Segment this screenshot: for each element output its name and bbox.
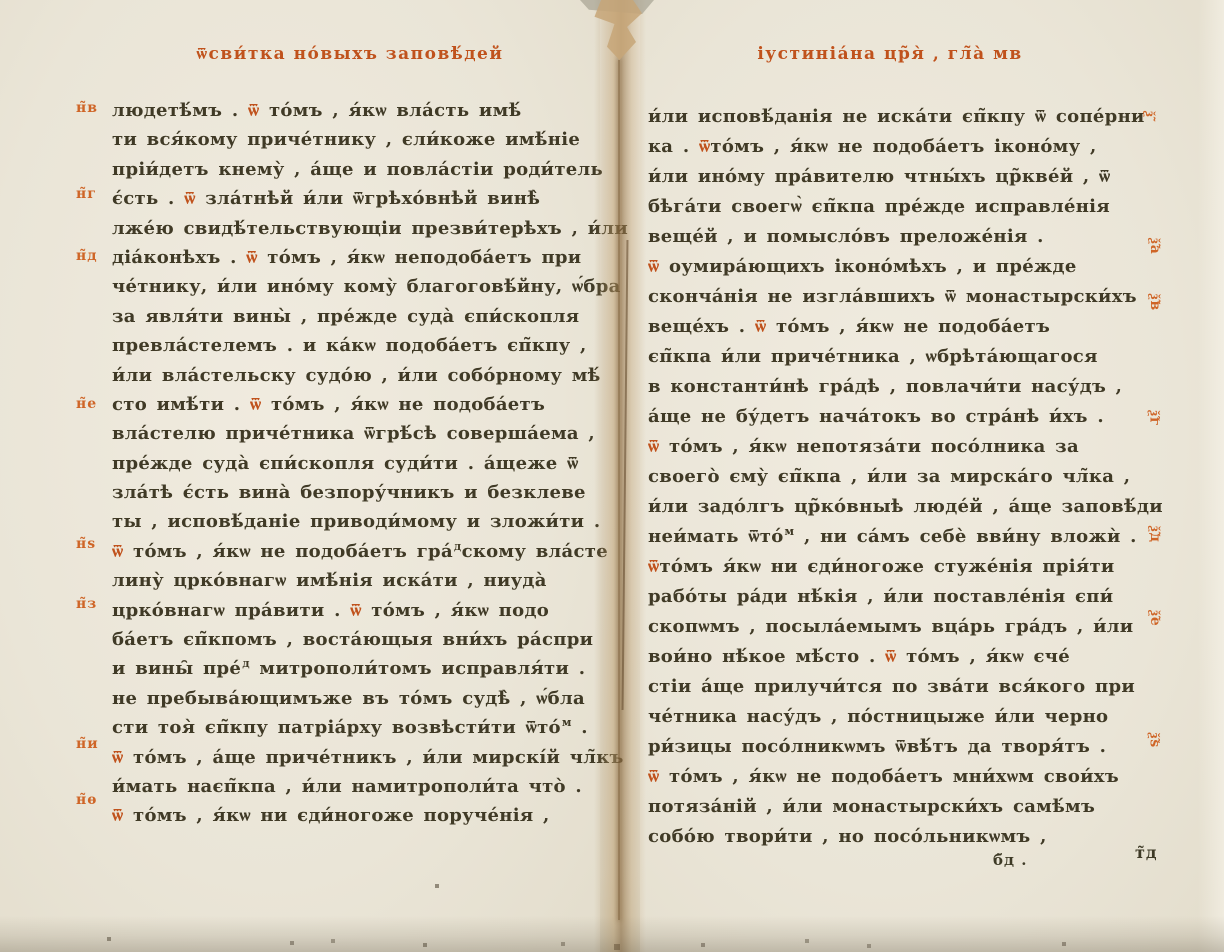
text-segment: то́мъ , я́кѡ не подоба́етъ <box>766 316 1050 337</box>
folio-mark: т̃д <box>1135 843 1158 862</box>
margin-numeral: н̃г <box>76 186 97 202</box>
rubric-segment: ѿ <box>648 436 659 457</box>
margin-numeral: ѯ̃ <box>1141 111 1158 118</box>
text-segment: и́мать наєп̃кпа , и́ли намитрополи́та чт… <box>112 776 582 797</box>
text-line: и́ли исповѣ́данія не иска́ти єп̃кпу ѿ со… <box>648 102 1118 132</box>
rubric-segment: ѿ <box>699 136 710 157</box>
text-segment: а́ще не бу́детъ нача́токъ во стра́нѣ и́х… <box>648 406 1104 427</box>
text-segment: лже́ю свидѣ́тельствующіи презви́терѣхъ ,… <box>112 218 628 239</box>
bottom-edge-shadow <box>0 916 1224 952</box>
margin-numeral: н̃е <box>76 396 97 412</box>
text-segment: зла́тѣ є́сть вина̀ безпору́чникъ и безкл… <box>112 482 586 503</box>
text-segment: діа́конѣхъ . <box>112 247 246 268</box>
margin-numeral: н̃ѳ <box>76 792 97 808</box>
text-line: єп̃кпа и́ли приче́тника , ѡбрѣта́ющагося <box>648 342 1118 372</box>
text-line: превла́стелемъ . и ка́кѡ подоба́етъ єп̃к… <box>112 331 596 360</box>
text-line: а́ще не бу́детъ нача́токъ во стра́нѣ и́х… <box>648 402 1118 432</box>
margin-numeral: ѯ̃д <box>1146 526 1163 543</box>
text-segment: црко́внагѡ пра́вити . <box>112 600 350 621</box>
text-line: не пребыва́ющимъже въ то́мъ судѣ̀ , ѡ́бл… <box>112 684 596 713</box>
text-segment: и́ли задо́лгъ цр̃ко́вныѣ люде́й , а́ще з… <box>648 496 1163 517</box>
binding-gutter <box>594 0 646 952</box>
text-line: людетѣ́мъ . ѿ то́мъ , я́кѡ вла́сть имѣ́ <box>112 96 596 125</box>
text-line: и вины̑ пре́д митрополи́томъ исправля́ти… <box>112 654 596 683</box>
text-segment: сто имѣ́ти . <box>112 394 250 415</box>
margin-numeral: ѯ̃е <box>1146 610 1163 627</box>
text-line: ри́зицы посо́лникѡмъ ѿвѣ́тъ да творя́тъ … <box>648 732 1118 762</box>
margin-numeral: н̃д <box>76 248 98 264</box>
text-segment: превла́стелемъ . и ка́кѡ подоба́етъ єп̃к… <box>112 335 587 356</box>
text-line: в константи́нѣ гра́дѣ , повлачи́ти насу́… <box>648 372 1118 402</box>
margin-numeral: ѯ̃г <box>1146 410 1163 426</box>
text-line: лже́ю свидѣ́тельствующіи презви́терѣхъ ,… <box>112 214 596 243</box>
rubric-segment: ѿ <box>350 600 361 621</box>
text-line: скопѡмъ , посыла́емымъ вца́рь гра́дъ , и… <box>648 612 1118 642</box>
text-segment: че́тника насу́дъ , по́стницыже и́ли черн… <box>648 706 1108 727</box>
text-line: пре́жде суда̀ єпи́скопля суди́ти . а́щеж… <box>112 449 596 478</box>
ink-specks <box>0 938 2 940</box>
text-segment: ба́етъ єп̃кпомъ , воста́ющыя вни́хъ ра́с… <box>112 629 593 650</box>
rubric-segment: ѿ <box>246 247 257 268</box>
text-line: и́мать наєп̃кпа , и́ли намитрополи́та чт… <box>112 772 596 801</box>
text-line: за явля́ти вины̀ , пре́жде суда̀ єпи́ско… <box>112 302 596 331</box>
text-segment: то́мъ , я́кѡ вла́сть имѣ́ <box>259 100 521 121</box>
text-segment: веще́й , и помысло́въ преложе́нія . <box>648 226 1044 247</box>
text-line: неи́мать ѿто́м , ни са́мъ себѐ вви́ну вл… <box>648 522 1118 552</box>
text-line: своего̀ єму̀ єп̃кпа , и́ли за мирска́го … <box>648 462 1118 492</box>
text-line: че́тнику, и́ли ино́му кому̀ благоговѣ́йн… <box>112 272 596 301</box>
text-segment: то́мъ , я́кѡ не подоба́етъ мни́хѡм свои́… <box>659 766 1119 787</box>
text-line: че́тника насу́дъ , по́стницыже и́ли черн… <box>648 702 1118 732</box>
text-segment: д <box>242 657 250 670</box>
text-line: ты , исповѣ́даніе приводи́мому и зложи́т… <box>112 507 596 536</box>
text-line: ѿ то́мъ , я́кѡ непотяза́ти посо́лника за <box>648 432 1118 462</box>
text-line: ѿ то́мъ , я́кѡ ни єди́ногоже поруче́нія … <box>112 801 596 830</box>
text-segment: пріи́детъ кнему̀ , а́ще и повла́стіи род… <box>112 159 603 180</box>
text-segment: за явля́ти вины̀ , пре́жде суда̀ єпи́ско… <box>112 306 579 327</box>
text-segment: є́сть . <box>112 188 184 209</box>
text-segment: и́ли вла́стельску судо́ю , и́ли собо́рно… <box>112 365 601 386</box>
text-line: ти вся́кому приче́тнику , єли́коже имѣ́н… <box>112 125 596 154</box>
text-line: собо́ю твори́ти , но посо́льникѡмъ , <box>648 822 1118 852</box>
margin-numeral: н̃з <box>76 596 97 612</box>
text-line: сти тоя̀ єп̃кпу патріа́рху возвѣсти́ти ѿ… <box>112 713 596 742</box>
text-line: зла́тѣ є́сть вина̀ безпору́чникъ и безкл… <box>112 478 596 507</box>
text-segment: пре́жде суда̀ єпи́скопля суди́ти . а́щеж… <box>112 453 579 474</box>
text-line: ѿ то́мъ , я́кѡ не подоба́етъ гра́дскому … <box>112 537 596 566</box>
text-segment: стіи а́ще прилучи́тся по зва́ти вся́кого… <box>648 676 1135 697</box>
text-segment: ты , исповѣ́даніе приводи́мому и зложи́т… <box>112 511 600 532</box>
margin-numeral: н̃и <box>76 736 99 752</box>
text-line: ѿто́мъ я́кѡ ни єди́ногоже стуже́нія прія… <box>648 552 1118 582</box>
text-line: стіи а́ще прилучи́тся по зва́ти вся́кого… <box>648 672 1118 702</box>
rubric-segment: ѿ <box>112 805 123 826</box>
text-segment: вла́стелю приче́тника ѿгрѣ́сѣ соверша́ем… <box>112 423 595 444</box>
text-segment: ри́зицы посо́лникѡмъ ѿвѣ́тъ да творя́тъ … <box>648 736 1106 757</box>
text-segment: то́мъ я́кѡ ни єди́ногоже стуже́нія прія́… <box>659 556 1114 577</box>
margin-numeral: н̃в <box>76 100 98 116</box>
rubric-segment: ѿ <box>648 556 659 577</box>
rubric-segment: ѿ <box>648 256 659 277</box>
margin-numeral: ѯ̃а <box>1146 238 1163 255</box>
text-segment: своего̀ єму̀ єп̃кпа , и́ли за мирска́го … <box>648 466 1130 487</box>
rubric-segment: ѿ <box>184 188 195 209</box>
text-segment: д <box>454 540 462 553</box>
text-segment: м <box>785 525 795 538</box>
text-line: рабо́ты ра́ди нѣ́кія , и́ли поставле́нія… <box>648 582 1118 612</box>
text-line: ѿ то́мъ , я́кѡ не подоба́етъ мни́хѡм сво… <box>648 762 1118 792</box>
rubric-segment: ѿ <box>248 100 259 121</box>
text-segment: зла́тнѣй и́ли ѿгрѣхо́внѣй винѣ̀ <box>196 188 541 209</box>
left-page-lines: людетѣ́мъ . ѿ то́мъ , я́кѡ вла́сть имѣ́т… <box>112 96 596 831</box>
text-segment: м <box>562 716 572 729</box>
text-segment: бѣга́ти своегѡ̀ єп̃кпа пре́жде исправле́… <box>648 196 1110 217</box>
text-segment: то́мъ , я́кѡ не подоба́етъ <box>261 394 545 415</box>
text-segment: то́мъ , я́кѡ неподоба́етъ при <box>258 247 582 268</box>
text-segment: рабо́ты ра́ди нѣ́кія , и́ли поставле́нія… <box>648 586 1113 607</box>
gutter-crease <box>618 60 620 920</box>
text-segment: то́мъ , я́кѡ єче́ <box>897 646 1070 667</box>
book-scan: ѿсви́тка но́выхъ заповѣ́дей іустиніа́на … <box>0 0 1224 952</box>
text-line: є́сть . ѿ зла́тнѣй и́ли ѿгрѣхо́внѣй винѣ… <box>112 184 596 213</box>
text-segment: то́мъ , я́кѡ не подоба́етъ іконо́му , <box>710 136 1096 157</box>
text-line: веще́хъ . ѿ то́мъ , я́кѡ не подоба́етъ <box>648 312 1118 342</box>
text-segment: ка . <box>648 136 699 157</box>
text-line: ѿ оумира́ющихъ іконо́мѣхъ , и пре́жде <box>648 252 1118 282</box>
text-segment: оумира́ющихъ іконо́мѣхъ , и пре́жде <box>659 256 1076 277</box>
right-page-lines: и́ли исповѣ́данія не иска́ти єп̃кпу ѿ со… <box>648 102 1118 852</box>
text-line: ѿ то́мъ , а́ще приче́тникъ , и́ли мирскі… <box>112 743 596 772</box>
text-segment: в константи́нѣ гра́дѣ , повлачи́ти насу́… <box>648 376 1122 397</box>
margin-numeral: ѯ̃в <box>1146 294 1163 311</box>
text-segment: то́мъ , я́кѡ подо <box>362 600 549 621</box>
text-line: пріи́детъ кнему̀ , а́ще и повла́стіи род… <box>112 155 596 184</box>
text-line: сто имѣ́ти . ѿ то́мъ , я́кѡ не подоба́ет… <box>112 390 596 419</box>
text-segment: и вины̑ пре́ <box>112 658 241 679</box>
text-segment: неи́мать ѿто́ <box>648 526 784 547</box>
text-line: вла́стелю приче́тника ѿгрѣ́сѣ соверша́ем… <box>112 419 596 448</box>
text-segment: и́ли ино́му пра́вителю чтны́хъ цр̃кве́й … <box>648 166 1111 187</box>
text-segment: , ни са́мъ себѐ вви́ну вложѝ . <box>794 526 1136 547</box>
text-segment: лину̀ црко́внагѡ имѣ́нія иска́ти , ниуда… <box>112 570 547 591</box>
text-line: ба́етъ єп̃кпомъ , воста́ющыя вни́хъ ра́с… <box>112 625 596 654</box>
text-line: и́ли ино́му пра́вителю чтны́хъ цр̃кве́й … <box>648 162 1118 192</box>
page-edge-highlight <box>1198 0 1224 952</box>
text-segment: скому вла́сте <box>462 541 608 562</box>
text-segment: сконча́нія не изгла́вшихъ ѿ монастырски́… <box>648 286 1137 307</box>
text-segment: и́ли исповѣ́данія не иска́ти єп̃кпу ѿ со… <box>648 106 1145 127</box>
rubric-segment: ѿ <box>112 747 123 768</box>
text-segment: то́мъ , я́кѡ ни єди́ногоже поруче́нія , <box>123 805 549 826</box>
text-line: вои́но нѣ́кое мѣ́сто . ѿ то́мъ , я́кѡ єч… <box>648 642 1118 672</box>
text-segment: то́мъ , а́ще приче́тникъ , и́ли мирскі́й… <box>123 747 623 768</box>
text-line: црко́внагѡ пра́вити . ѿ то́мъ , я́кѡ под… <box>112 596 596 625</box>
text-line: веще́й , и помысло́въ преложе́нія . <box>648 222 1118 252</box>
text-segment: . <box>572 717 588 738</box>
text-line: сконча́нія не изгла́вшихъ ѿ монастырски́… <box>648 282 1118 312</box>
rubric-segment: ѿ <box>648 766 659 787</box>
text-line: и́ли вла́стельску судо́ю , и́ли собо́рно… <box>112 361 596 390</box>
running-header-right: іустиніа́на цр̃я̀ , гл̃а̀ мв <box>700 44 1080 64</box>
text-segment: че́тнику, и́ли ино́му кому̀ благоговѣ́йн… <box>112 276 621 297</box>
text-line: потяза́ній , и́ли монастырски́хъ самѣ́мъ <box>648 792 1118 822</box>
text-line: діа́конѣхъ . ѿ то́мъ , я́кѡ неподоба́етъ… <box>112 243 596 272</box>
rubric-segment: ѿ <box>885 646 896 667</box>
rubric-segment: ѿ <box>250 394 261 415</box>
text-segment: митрополи́томъ исправля́ти . <box>250 658 585 679</box>
text-segment: єп̃кпа и́ли приче́тника , ѡбрѣта́ющагося <box>648 346 1098 367</box>
text-segment: не пребыва́ющимъже въ то́мъ судѣ̀ , ѡ́бл… <box>112 688 585 709</box>
quire-mark: б̃д . <box>993 851 1027 869</box>
text-segment: собо́ю твори́ти , но посо́льникѡмъ , <box>648 826 1047 847</box>
text-line: и́ли задо́лгъ цр̃ко́вныѣ люде́й , а́ще з… <box>648 492 1118 522</box>
text-line: ка . ѿто́мъ , я́кѡ не подоба́етъ іконо́м… <box>648 132 1118 162</box>
text-line: лину̀ црко́внагѡ имѣ́нія иска́ти , ниуда… <box>112 566 596 595</box>
text-line: бѣга́ти своегѡ̀ єп̃кпа пре́жде исправле́… <box>648 192 1118 222</box>
text-segment: веще́хъ . <box>648 316 755 337</box>
text-segment: потяза́ній , и́ли монастырски́хъ самѣ́мъ <box>648 796 1095 817</box>
text-segment: вои́но нѣ́кое мѣ́сто . <box>648 646 885 667</box>
text-segment: ти вся́кому приче́тнику , єли́коже имѣ́н… <box>112 129 580 150</box>
text-segment: скопѡмъ , посыла́емымъ вца́рь гра́дъ , и… <box>648 616 1133 637</box>
text-segment: то́мъ , я́кѡ непотяза́ти посо́лника за <box>659 436 1079 457</box>
running-header-left: ѿсви́тка но́выхъ заповѣ́дей <box>120 44 580 64</box>
rubric-segment: ѿ <box>755 316 766 337</box>
margin-numeral: ѯ̃ѕ <box>1145 733 1162 749</box>
text-segment: то́мъ , я́кѡ не подоба́етъ гра́ <box>123 541 452 562</box>
text-segment: людетѣ́мъ . <box>112 100 248 121</box>
margin-numeral: н̃ѕ <box>76 536 96 552</box>
rubric-segment: ѿ <box>112 541 123 562</box>
text-segment: сти тоя̀ єп̃кпу патріа́рху возвѣсти́ти ѿ… <box>112 717 561 738</box>
